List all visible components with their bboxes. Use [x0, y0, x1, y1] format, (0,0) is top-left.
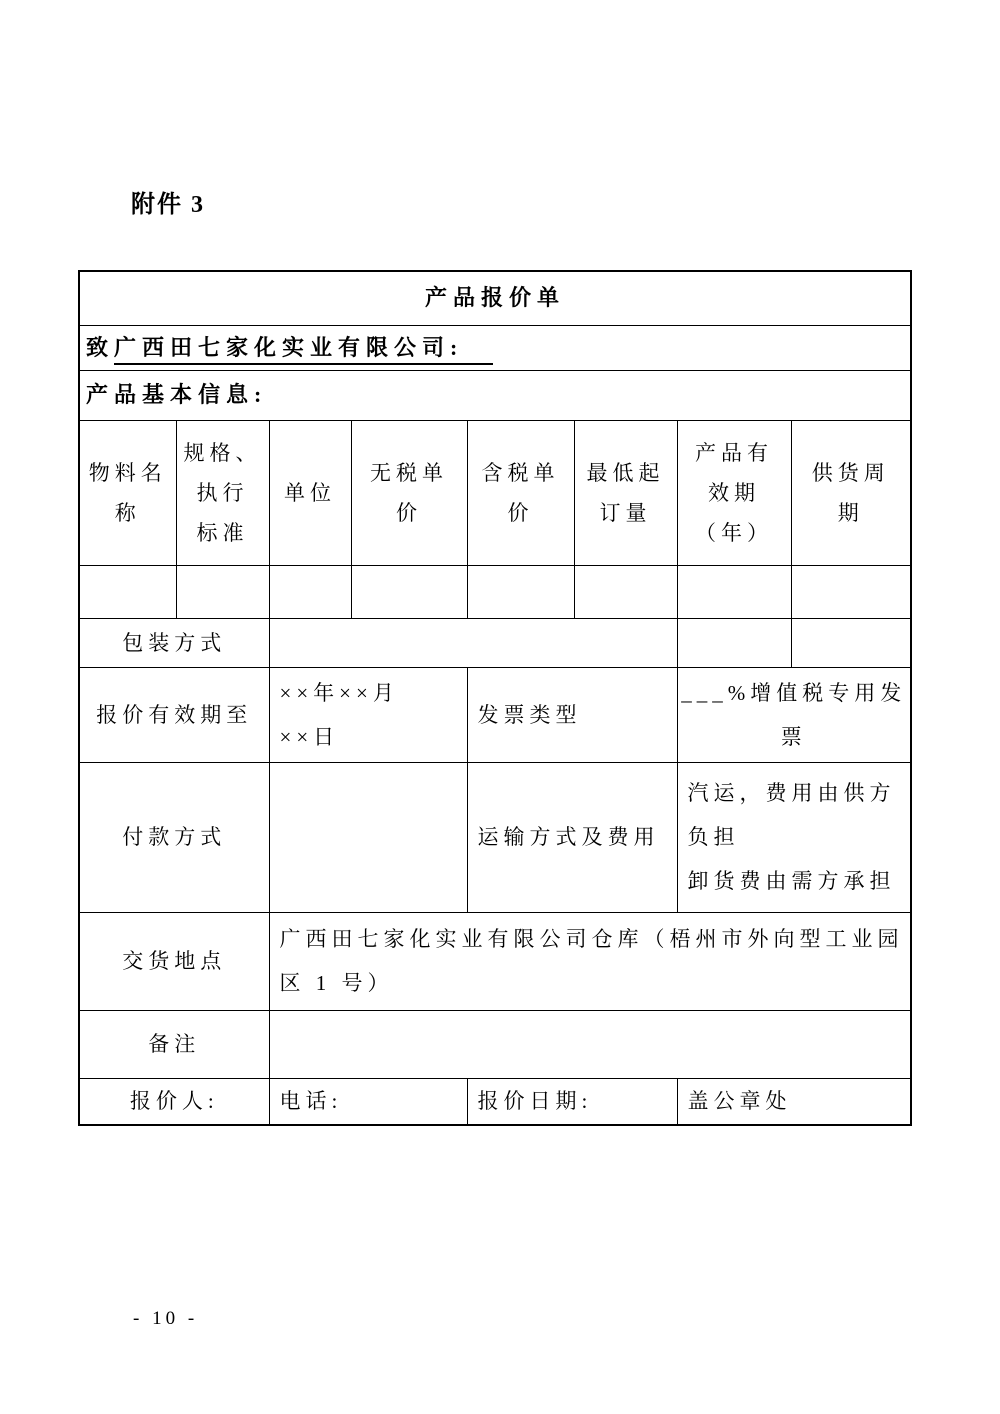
- delivery-value: 广西田七家化实业有限公司仓库（梧州市外向型工业园区 1 号）: [269, 912, 911, 1010]
- addressee-name: 广西田七家化实业有限公司:: [114, 333, 493, 365]
- form-title: 产品报价单: [79, 271, 911, 325]
- blank-cell-unit: [269, 565, 351, 618]
- payment-row: 付款方式 运输方式及费用 汽运，费用由供方负担 卸货费由需方承担: [79, 762, 911, 912]
- delivery-row: 交货地点 广西田七家化实业有限公司仓库（梧州市外向型工业园区 1 号）: [79, 912, 911, 1010]
- remarks-row: 备注: [79, 1010, 911, 1078]
- packaging-extra-cell-2: [791, 618, 911, 667]
- quoter-label: 报价人:: [79, 1078, 269, 1125]
- quote-validity-label: 报价有效期至: [79, 667, 269, 762]
- seal-label: 盖公章处: [677, 1078, 911, 1125]
- delivery-label: 交货地点: [79, 912, 269, 1010]
- blank-cell-min-order: [574, 565, 677, 618]
- blank-cell-spec: [176, 565, 269, 618]
- blank-data-row: [79, 565, 911, 618]
- packaging-row: 包装方式: [79, 618, 911, 667]
- header-min-order: 最低起 订量: [574, 420, 677, 565]
- blank-cell-material: [79, 565, 176, 618]
- header-price-no-tax: 无税单 价: [351, 420, 467, 565]
- addressee-cell: 致广西田七家化实业有限公司:: [79, 325, 911, 370]
- remarks-label: 备注: [79, 1010, 269, 1078]
- header-price-with-tax: 含税单 价: [467, 420, 574, 565]
- attachment-label: 附件 3: [131, 184, 205, 219]
- transport-value: 汽运，费用由供方负担 卸货费由需方承担: [677, 762, 911, 912]
- page-number: - 10 -: [133, 1308, 198, 1330]
- blank-cell-shelf-life: [677, 565, 791, 618]
- quote-validity-row: 报价有效期至 ××年××月 ××日 发票类型 ___%增值税专用发票: [79, 667, 911, 762]
- remarks-value-cell: [269, 1010, 911, 1078]
- transport-label: 运输方式及费用: [467, 762, 677, 912]
- header-spec-standard: 规格、 执行 标准: [176, 420, 269, 565]
- phone-label: 电话:: [269, 1078, 467, 1125]
- blank-cell-supply-cycle: [791, 565, 911, 618]
- payment-label: 付款方式: [79, 762, 269, 912]
- addressee-prefix: 致: [86, 335, 114, 360]
- blank-cell-price-no-tax: [351, 565, 467, 618]
- payment-value-cell: [269, 762, 467, 912]
- packaging-extra-cell-1: [677, 618, 791, 667]
- header-unit: 单位: [269, 420, 351, 565]
- header-row: 物料名 称 规格、 执行 标准 单位 无税单 价 含税单 价 最低起 订量 产品…: [79, 420, 911, 565]
- quotation-table: 产品报价单 致广西田七家化实业有限公司: 产品基本信息: 物料名 称 规格、 执…: [78, 270, 912, 1126]
- blank-cell-price-with-tax: [467, 565, 574, 618]
- header-material-name: 物料名 称: [79, 420, 176, 565]
- section-label: 产品基本信息:: [79, 370, 911, 420]
- packaging-label: 包装方式: [79, 618, 269, 667]
- quote-date-label: 报价日期:: [467, 1078, 677, 1125]
- title-row: 产品报价单: [79, 271, 911, 325]
- invoice-type-value: ___%增值税专用发票: [677, 667, 911, 762]
- footer-row: 报价人: 电话: 报价日期: 盖公章处: [79, 1078, 911, 1125]
- quote-validity-date: ××年××月 ××日: [269, 667, 467, 762]
- packaging-value-cell: [269, 618, 677, 667]
- invoice-type-label: 发票类型: [467, 667, 677, 762]
- section-row: 产品基本信息:: [79, 370, 911, 420]
- header-shelf-life: 产品有 效期 （年）: [677, 420, 791, 565]
- header-supply-cycle: 供货周 期: [791, 420, 911, 565]
- addressee-row: 致广西田七家化实业有限公司:: [79, 325, 911, 370]
